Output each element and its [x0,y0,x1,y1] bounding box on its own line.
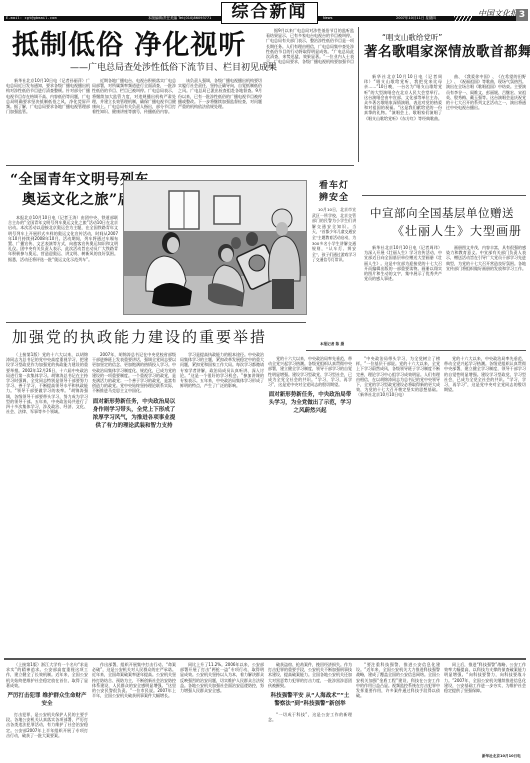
train-body-text: 本报北京10月10日电（记者王涛）由团中央、铁道部联合主办的“全国青年文明号列车… [8,215,118,262]
section-divider [4,658,526,660]
section-divider [6,322,306,323]
news-photo [123,180,307,315]
security-body-col-3: 同比上升了11.2%。2006年以来，公安部部署开展了打击“两抢一盗”专项行动，… [180,662,264,762]
governance-body-text: “中央政治局带头学习，为全党树立了榜样。”一位基层干部说。党的十六大以来，全党上… [356,356,440,398]
governance-body-text: （上接第1版）党的十六大以来，以胡锦涛同志为总书记的党中央高度重视学习，把建设学… [6,352,88,414]
caption-body: 10月10日，北京市宣武区一所学校，北京交管部门的民警为小学生们讲解交通安全知识… [312,207,356,263]
caption-title-line-1: 看车灯 [312,180,356,192]
security-body-col-5: “要注重科技强警，推进公安信息化建设。”近年来，全国公安机关大力推进科技强警战略… [356,662,440,762]
security-body-text: 破获盗窃、抢劫案件，挽回经济损失。作为打击犯罪的重要手段，公安机关不断加强刑事技… [268,662,352,688]
security-body-col-1: （上接第1版）浙江大学有一个名句“求是求实”的精神追求。公安部高度重视这项工作，… [6,662,88,762]
security-body-col-4: 破获盗窃、抢劫案件，挽回经济损失。作为打击犯罪的重要手段，公安机关不断加强刑事技… [268,662,352,762]
security-body-text: 同上后，推进“科技强警”战略，公安工作效率大幅提高，以科技为支撑的侦查破案能力明… [444,662,526,693]
donation-body-text: 画册图文并茂，内容丰富，具有很强的感染力和教育意义。中宣部有关部门负责人表示，赠… [446,245,526,271]
governance-subhead: 面对新形势新任务，中央政治局以身作则学习带头，全党上下形成了浓厚学习风气，为推进… [92,398,176,430]
lead-body-col-3: 该负责人强调，各级广播电视播出机构要切实履行社会责任，坚持正确导向，自觉抵制低俗… [178,78,262,158]
section-title: 综合新闻 [221,2,318,24]
concert-body-col-1: 新华社北京10月10日电（记者周玮）“唱支山歌给党听，我把党来比母亲……”10日… [364,74,442,164]
governance-headline: 加强党的执政能力建设的重要举措 [12,328,267,347]
security-body-col-2: 作出部署，组织开展集中打击行动。“命案必破”，这是公安机关对人民群众的庄严承诺。… [92,662,176,762]
lead-body-text: 近期各地广播电台、电视台积极落实广电总局部署，对所属频率频道进行全面清查，一批涉… [92,78,176,114]
governance-subhead: 面对新形势新任务，中央政治局带头学习，为全党做出了示范，学习之风蔚然兴起 [268,391,352,415]
page-number-badge: 3 [516,9,528,21]
column-divider [358,27,359,162]
concert-body-text: 曲、《我爱你中国》、《在希望的田野上》、《祝福祖国》等歌曲，现场气氛热烈。演出在… [446,74,526,110]
governance-body-col-2: 2007年，胡锦涛总书记在中央党校省部级干部进修班上发表重要讲话，强调全党同志要… [92,352,176,647]
donation-headline-line-2: 《壮丽人生》大型画册 [392,224,522,239]
governance-body-text: 党的十六大以来，中央政治局率先垂范，带动全党兴起学习热潮。各级党组织认真贯彻中央… [268,356,352,387]
section-en-label: News [323,16,332,21]
governance-body-col-5: “中央政治局带头学习，为全党树立了榜样。”一位基层干部说。党的十六大以来，全党上… [356,356,440,647]
security-body-text: （上接第1版）浙江大学有一个名句“求是求实”的精神追求。公安部高度重视这项工作，… [6,662,88,688]
concert-body-col-2: 曲、《我爱你中国》、《在希望的田野上》、《祝福祖国》等歌曲，现场气氛热烈。演出在… [446,74,526,164]
lead-body-text: 据9月以来广电总局对涉性低俗节目的监听监看结果显示，已有多家电台电视台的节目被叫… [266,28,354,70]
donation-body-text: 新华社北京10月10日电（记者周玮）为深入开展《壮丽人生》学习宣传活动，中宣部近… [364,245,442,281]
governance-body-col-6: 党的十六大以来，中央政治局率先垂范，带动全党兴起学习热潮。各级党组织认真贯彻中央… [444,356,526,647]
paper-logo: 中国文化报 [478,9,518,19]
governance-body-text: 学习是提高执政能力的根本途径。中央政治局集体学习的主题，紧扣改革发展稳定中的重大… [180,352,264,388]
photo-credit: 本报记者 陈 摄 [320,342,344,347]
concert-body-text: 新华社北京10月10日电（记者周玮）“唱支山歌给党听，我把党来比母亲……”10日… [364,74,442,121]
photo-children-traffic-safety [124,181,307,315]
editor-info: 本版编辑/责任美编 Tel:(010)86093771 [148,16,211,21]
decorative-stripes-icon [454,16,472,21]
lead-headline: 抵制低俗 净化视听 [12,30,246,62]
section-divider [362,195,526,196]
governance-body-text: 2007年，胡锦涛总书记在中央党校省部级干部进修班上发表重要讲话，强调全党同志要… [92,352,176,394]
governance-body-col-4: 党的十六大以来，中央政治局率先垂范，带动全党兴起学习热潮。各级党组织认真贯彻中央… [268,356,352,647]
security-body-col-6: 同上后，推进“科技强警”战略，公安工作效率大幅提高，以科技为支撑的侦查破案能力明… [444,662,526,750]
lead-body-col-1: 新华社北京10月10日电（记者孙丽萍）广电总局近日发布通知，要求各级广播电视播出… [6,78,90,158]
security-credit: 新华社北京10月10日电 [482,754,521,759]
issue-date: 2007年10月11日 星期四 [396,16,436,21]
email-label: E-mail: cgt@gbmail.com [6,16,57,21]
caption-title-line-2: 辨安全 [312,192,356,204]
section-divider [6,165,354,166]
security-subhead: 严厉打击犯罪 维护群众生命财产安全 [6,692,88,708]
concert-kicker: “唱支山歌给党听” [382,33,442,43]
lead-body-text: 新华社北京10月10日电（记者孙丽萍）广电总局近日发布通知，要求各级广播电视播出… [6,78,90,114]
security-body-text: 打击犯罪，是公安机关保护人民的主要手段。各地公安机关认真落实各项部署，严厉打击各… [6,712,88,738]
governance-body-text: 党的十六大以来，中央政治局率先垂范，带动全党兴起学习热潮。各级党组织认真贯彻中央… [444,356,526,392]
concert-headline: 著名歌唱家深情放歌首都舞台 [364,44,530,61]
donation-body-col-2: 画册图文并茂，内容丰富，具有很强的感染力和教育意义。中宣部有关部门负责人表示，赠… [446,245,526,345]
governance-body-col-1: （上接第1版）党的十六大以来，以胡锦涛同志为总书记的党中央高度重视学习，把建设学… [6,352,88,647]
lead-subheadline: ——广电总局查处涉性低俗下流节目、栏目初见成果 [70,63,277,74]
security-body-text: 作出部署，组织开展集中打击行动。“命案必破”，这是公安机关对人民群众的庄严承诺。… [92,662,176,698]
lead-body-col-4: 据9月以来广电总局对涉性低俗节目的监听监看结果显示，已有多家电台电视台的节目被叫… [266,28,354,158]
security-body-text: “一切成于科技”，这是公安工作的新理念。 [268,712,352,722]
train-body: 本报北京10月10日电（记者王涛）由团中央、铁道部联合主办的“全国青年文明号列车… [8,215,118,315]
lead-body-text: 该负责人强调，各级广播电视播出机构要切实履行社会责任，坚持正确导向，自觉抵制低俗… [178,78,262,109]
governance-body-col-3: 学习是提高执政能力的根本途径。中央政治局集体学习的主题，紧扣改革发展稳定中的重大… [180,352,264,647]
security-body-text: “要注重科技强警，推进公安信息化建设。”近年来，全国公安机关大力推进科技强警战略… [356,662,440,698]
security-subhead-2: 科技强警平安 从“人海战术”“土警察法”到“科技强警”新创举 [268,692,352,708]
section-divider [306,350,526,351]
donation-headline-line-1: 中宣部向全国基层单位赠送 [370,206,514,221]
security-body-text: 同比上升了11.2%。2006年以来，公安部部署开展了打击“两抢一盗”专项行动，… [180,662,264,693]
photo-caption: 看车灯 辨安全 10月10日，北京市宣武区一所学校，北京交管部门的民警为小学生们… [312,180,356,340]
lead-body-col-2: 近期各地广播电台、电视台积极落实广电总局部署，对所属频率频道进行全面清查，一批涉… [92,78,176,158]
masthead: E-mail: cgt@gbmail.com 本版编辑/责任美编 Tel:(01… [0,0,530,27]
donation-body-col-1: 新华社北京10月10日电（记者周玮）为深入开展《壮丽人生》学习宣传活动，中宣部近… [364,245,442,345]
